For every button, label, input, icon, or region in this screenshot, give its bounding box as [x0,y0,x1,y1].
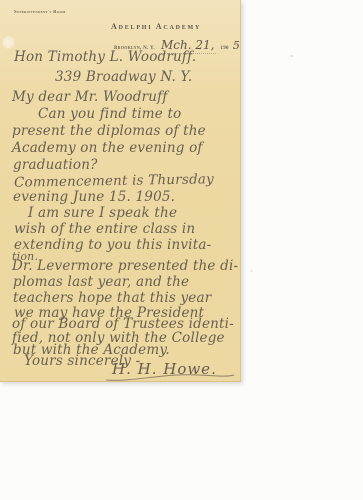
letter-line-1: 339 Broadway N. Y. [55,70,192,84]
letter-line-9: I am sure I speak the [28,206,177,220]
letter-line-7: Commencement is Thursday [14,172,214,189]
scan-background: Superintendent's Room Adelphi Academy Br… [0,0,363,500]
letter-line-8: evening June 15. 1905. [13,190,175,204]
letter-line-14: plomas last year, and the [13,275,189,289]
letter-line-10: wish of the entire class in [14,222,195,236]
hole-punch [2,36,15,49]
letter-paper: Superintendent's Room Adelphi Academy Br… [0,0,241,382]
letter-line-6: graduation? [13,158,98,172]
letter-line-17: of our Board of Trustees identi- [12,317,234,331]
signature-flourish [104,372,236,382]
letter-line-3: Can you find time to [38,107,181,121]
letter-line-2: My dear Mr. Woodruff [12,90,168,104]
letterhead-title: Adelphi Academy [111,22,201,31]
letter-line-4: present the diplomas of the [12,124,206,138]
letter-line-11: extending to you this invita- [14,238,211,252]
letter-line-13: Dr. Levermore presented the di- [12,259,238,273]
room-label: Superintendent's Room [14,10,66,15]
letter-line-15: teachers hope that this year [13,291,211,305]
letter-line-5: Academy on the evening of [12,141,203,155]
letter-line-0: Hon Timothy L. Woodruff. [14,50,196,64]
printed-year: 190 [220,46,228,51]
handwritten-year: 5 [233,39,240,52]
